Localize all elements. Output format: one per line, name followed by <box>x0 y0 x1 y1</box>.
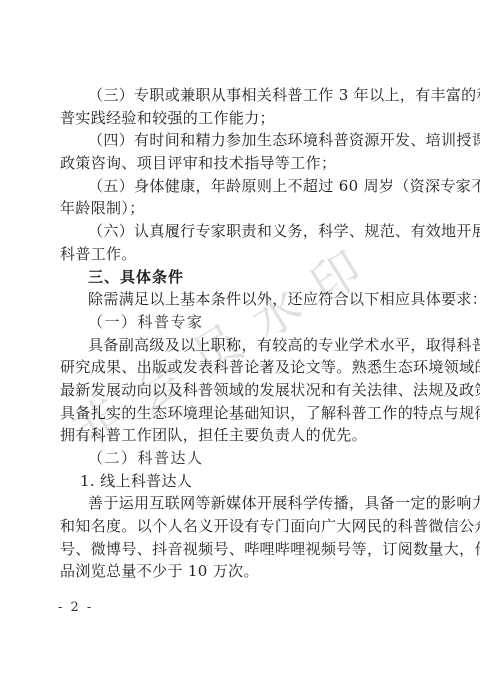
text-line: （一）科普专家 <box>60 311 462 334</box>
text-line: 品浏览总量不少于 10 万次。 <box>60 560 462 583</box>
text-line: 号、微博号、抖音视频号、哔哩哔哩视频号等，订阅数量大，作 <box>60 538 462 561</box>
text-line: 和知名度。以个人名义开设有专门面向广大网民的科普微信公众 <box>60 515 462 538</box>
text-line: 政策咨询、项目评审和技术指导等工作； <box>60 152 462 175</box>
text-line: 科普工作。 <box>60 243 462 266</box>
text-line: （二）科普达人 <box>60 447 462 470</box>
text-line: （四）有时间和精力参加生态环境科普资源开发、培训授课、 <box>60 129 462 152</box>
text-line: （三）专职或兼职从事相关科普工作 3 年以上，有丰富的科 <box>60 84 462 107</box>
document-page: 非会员水印 （三）专职或兼职从事相关科普工作 3 年以上，有丰富的科普实践经验和… <box>0 0 480 679</box>
document-body: （三）专职或兼职从事相关科普工作 3 年以上，有丰富的科普实践经验和较强的工作能… <box>60 84 462 583</box>
text-line: 具备扎实的生态环境理论基础知识，了解科普工作的特点与规律。 <box>60 402 462 425</box>
text-line: （五）身体健康，年龄原则上不超过 60 周岁（资深专家不受 <box>60 175 462 198</box>
text-line: 三、具体条件 <box>60 266 462 289</box>
text-line: 年龄限制）； <box>60 197 462 220</box>
text-line: 除需满足以上基本条件以外，还应符合以下相应具体要求： <box>60 288 462 311</box>
text-line: 普实践经验和较强的工作能力； <box>60 107 462 130</box>
text-line: 具备副高级及以上职称，有较高的专业学术水平，取得科普 <box>60 334 462 357</box>
text-line: 善于运用互联网等新媒体开展科学传播，具备一定的影响力 <box>60 492 462 515</box>
text-line: 研究成果、出版或发表科普论著及论文等。熟悉生态环境领域的 <box>60 356 462 379</box>
page-number: - 2 - <box>58 600 93 615</box>
text-line: （六）认真履行专家职责和义务，科学、规范、有效地开展 <box>60 220 462 243</box>
text-line: 1. 线上科普达人 <box>60 470 462 493</box>
text-line: 拥有科普工作团队，担任主要负责人的优先。 <box>60 424 462 447</box>
text-line: 最新发展动向以及科普领域的发展状况和有关法律、法规及政策， <box>60 379 462 402</box>
